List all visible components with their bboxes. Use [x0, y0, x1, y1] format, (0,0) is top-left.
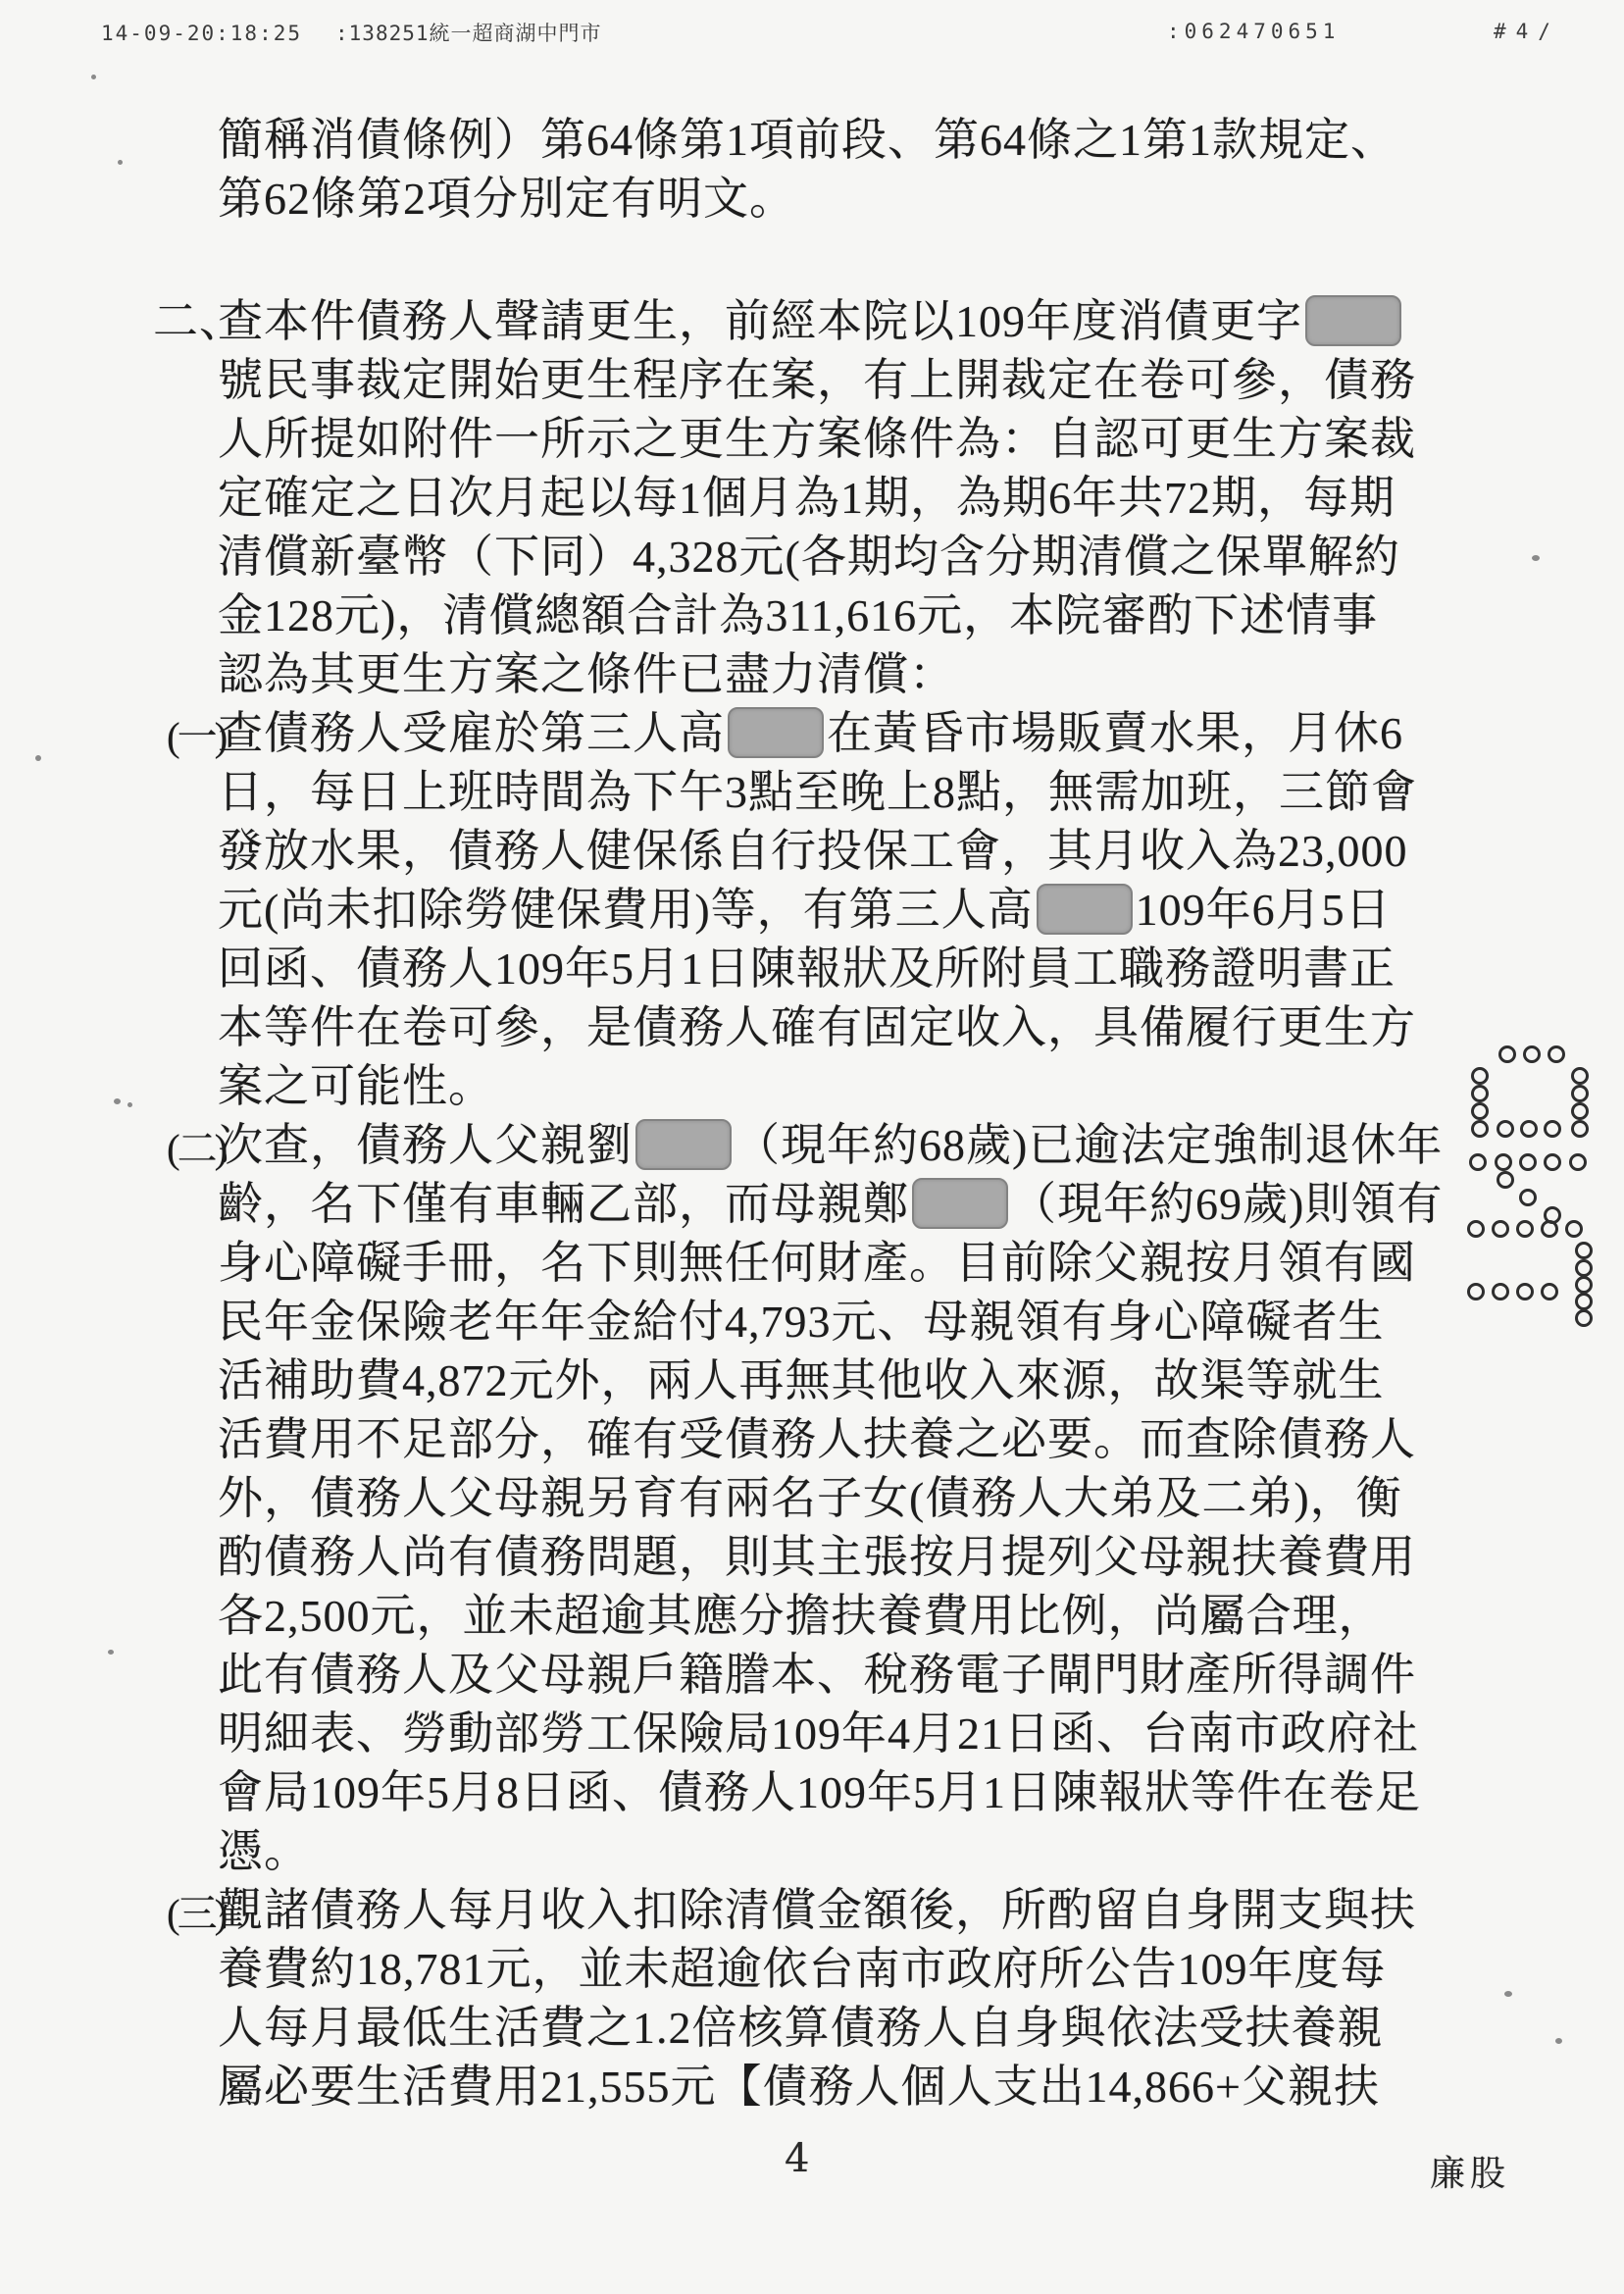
- court-division-label: 廉股: [1430, 2146, 1510, 2196]
- text-line: 人所提如附件一所示之更生方案條件為：自認可更生方案裁: [218, 412, 1416, 467]
- text-line: 認為其更生方案之條件已盡力清償：: [218, 647, 955, 702]
- text-line: 此有債務人及父母親戶籍謄本、稅務電子閘門財產所得調件: [218, 1648, 1416, 1703]
- line-text: 案之可能性。: [218, 1061, 494, 1111]
- list-marker: 二、: [153, 294, 245, 349]
- line-text: 人所提如附件一所示之更生方案條件為：自認可更生方案裁: [218, 414, 1416, 464]
- line-text: 身心障礙手冊，名下則無任何財產。目前除父親按月領有國: [218, 1238, 1416, 1288]
- line-text: 認為其更生方案之條件已盡力清償：: [218, 649, 955, 699]
- text-line: 屬必要生活費用21,555元【債務人個人支出14,866+父親扶: [218, 2060, 1380, 2115]
- line-text: 活費用不足部分，確有受債務人扶養之必要。而查除債務人: [218, 1414, 1416, 1464]
- text-line: (三)觀諸債務人每月收入扣除清償金額後，所酌留自身開支與扶: [218, 1883, 1416, 1938]
- fax-page-counter: #4/: [1494, 20, 1560, 43]
- page-number: 4: [785, 2136, 809, 2181]
- text-line: (二)次查，債務人父親劉（現年約68歲)已逾法定強制退休年: [218, 1118, 1443, 1173]
- line-text: 觀諸債務人每月收入扣除清償金額後，所酌留自身開支與扶: [218, 1885, 1416, 1935]
- text-line: 號民事裁定開始更生程序在案，有上開裁定在卷可參，債務: [218, 353, 1416, 408]
- line-text: 次查，債務人父親劉: [218, 1120, 633, 1170]
- list-marker: (三): [167, 1886, 225, 1941]
- text-line: 各2,500元，並未超逾其應分擔扶養費用比例，尚屬合理，: [218, 1589, 1385, 1644]
- text-line: 案之可能性。: [218, 1059, 494, 1114]
- text-line: 酌債務人尚有債務問題，則其主張按月提列父母親扶養費用: [218, 1530, 1416, 1585]
- scanned-court-document-page: 14-09-20:18:25:138251統一超商湖中門市 :062470651…: [0, 0, 1624, 2294]
- line-text: （現年約69歲)則領有: [1011, 1179, 1443, 1229]
- line-text: 本等件在卷可參，是債務人確有固定收入，具備履行更生方: [218, 1002, 1416, 1052]
- redaction-box: [635, 1119, 732, 1170]
- text-line: 簡稱消債條例）第64條第1項前段、第64條之1第1款規定、: [218, 113, 1396, 168]
- line-text: 明細表、勞動部勞工保險局109年4月21日函、台南市政府社: [218, 1708, 1419, 1759]
- text-line: 活補助費4,872元外，兩人再無其他收入來源，故渠等就生: [218, 1353, 1385, 1408]
- fax-page-hash: #: [1494, 20, 1516, 43]
- fax-page-value: 4/: [1516, 20, 1560, 43]
- line-text: 第62條第2項分別定有明文。: [218, 174, 795, 224]
- text-line: 第62條第2項分別定有明文。: [218, 172, 795, 227]
- redaction-box: [912, 1178, 1008, 1229]
- text-line: 金128元)，清償總額合計為311,616元，本院審酌下述情事: [218, 588, 1378, 643]
- text-line: 回函、債務人109年5月1日陳報狀及所附員工職務證明書正: [218, 942, 1396, 996]
- line-text: 金128元)，清償總額合計為311,616元，本院審酌下述情事: [218, 590, 1378, 640]
- text-line: 本等件在卷可參，是債務人確有固定收入，具備履行更生方: [218, 1000, 1416, 1055]
- text-line: 外，債務人父母親另育有兩名子女(債務人大弟及二弟)，衡: [218, 1471, 1402, 1526]
- text-line: 養費約18,781元，並未超逾依台南市政府所公告109年度每: [218, 1942, 1387, 1997]
- line-text: 養費約18,781元，並未超逾依台南市政府所公告109年度每: [218, 1944, 1387, 1994]
- fax-timestamp: 14-09-20:18:25: [101, 22, 302, 45]
- line-text: 此有債務人及父母親戶籍謄本、稅務電子閘門財產所得調件: [218, 1650, 1416, 1700]
- line-text: 定確定之日次月起以每1個月為1期，為期6年共72期，每期: [218, 473, 1396, 523]
- list-marker: (一): [167, 709, 225, 764]
- line-text: 號民事裁定開始更生程序在案，有上開裁定在卷可參，債務: [218, 355, 1416, 405]
- line-text: 在黃昏市場販賣水果，月休6: [827, 708, 1403, 758]
- redaction-box: [1305, 295, 1401, 346]
- text-line: 清償新臺幣（下同）4,328元(各期均含分期清償之保單解約: [218, 530, 1400, 585]
- fax-id: :062470651: [1167, 20, 1340, 43]
- line-text: 活補助費4,872元外，兩人再無其他收入來源，故渠等就生: [218, 1355, 1385, 1405]
- text-line: 二、查本件債務人聲請更生，前經本院以109年度消債更字: [218, 294, 1404, 349]
- line-text: 查債務人受雇於第三人高: [218, 708, 725, 758]
- text-line: 人每月最低生活費之1.2倍核算債務人自身與依法受扶養親: [218, 2001, 1384, 2056]
- text-line: 發放水果，債務人健保係自行投保工會，其月收入為23,000: [218, 824, 1408, 879]
- line-text: （現年約68歲)已逾法定強制退休年: [735, 1120, 1443, 1170]
- fax-station: :138251統一超商湖中門市: [335, 22, 602, 45]
- text-line: 會局109年5月8日函、債務人109年5月1日陳報狀等件在卷足: [218, 1765, 1421, 1820]
- line-text: 齡，名下僅有車輛乙部，而母親鄭: [218, 1179, 909, 1229]
- line-text: 人每月最低生活費之1.2倍核算債務人自身與依法受扶養親: [218, 2003, 1384, 2053]
- list-marker: (二): [167, 1121, 225, 1176]
- line-text: 查本件債務人聲請更生，前經本院以109年度消債更字: [218, 296, 1302, 346]
- line-text: 各2,500元，並未超逾其應分擔扶養費用比例，尚屬合理，: [218, 1591, 1385, 1641]
- line-text: 酌債務人尚有債務問題，則其主張按月提列父母親扶養費用: [218, 1532, 1416, 1582]
- text-line: 活費用不足部分，確有受債務人扶養之必要。而查除債務人: [218, 1412, 1416, 1467]
- line-text: 憑。: [218, 1826, 310, 1876]
- redaction-box: [1037, 884, 1133, 935]
- text-line: 齡，名下僅有車輛乙部，而母親鄭（現年約69歲)則領有: [218, 1177, 1443, 1232]
- text-line: 身心障礙手冊，名下則無任何財產。目前除父親按月領有國: [218, 1236, 1416, 1291]
- text-line: 定確定之日次月起以每1個月為1期，為期6年共72期，每期: [218, 471, 1396, 526]
- line-text: 簡稱消債條例）第64條第1項前段、第64條之1第1款規定、: [218, 115, 1396, 165]
- line-text: 日，每日上班時間為下午3點至晚上8點，無需加班，三節會: [218, 767, 1417, 817]
- line-text: 109年6月5日: [1136, 885, 1392, 935]
- text-line: 明細表、勞動部勞工保險局109年4月21日函、台南市政府社: [218, 1707, 1419, 1761]
- line-text: 屬必要生活費用21,555元【債務人個人支出14,866+父親扶: [218, 2062, 1380, 2112]
- line-text: 會局109年5月8日函、債務人109年5月1日陳報狀等件在卷足: [218, 1767, 1421, 1817]
- text-line: 日，每日上班時間為下午3點至晚上8點，無需加班，三節會: [218, 765, 1417, 820]
- line-text: 發放水果，債務人健保係自行投保工會，其月收入為23,000: [218, 826, 1408, 876]
- text-line: 憑。: [218, 1824, 310, 1879]
- text-line: (一)查債務人受雇於第三人高在黃昏市場販賣水果，月休6: [218, 706, 1403, 761]
- fax-header: 14-09-20:18:25:138251統一超商湖中門市 :062470651…: [0, 14, 1624, 59]
- line-text: 民年金保險老年年金給付4,793元、母親領有身心障礙者生: [218, 1297, 1385, 1347]
- line-text: 回函、債務人109年5月1日陳報狀及所附員工職務證明書正: [218, 943, 1396, 994]
- line-text: 元(尚未扣除勞健保費用)等，有第三人高: [218, 885, 1034, 935]
- fax-timestamp-station: 14-09-20:18:25:138251統一超商湖中門市: [101, 18, 602, 47]
- redaction-box: [728, 707, 824, 758]
- line-text: 外，債務人父母親另育有兩名子女(債務人大弟及二弟)，衡: [218, 1473, 1402, 1523]
- text-line: 民年金保險老年年金給付4,793元、母親領有身心障礙者生: [218, 1295, 1385, 1350]
- line-text: 清償新臺幣（下同）4,328元(各期均含分期清償之保單解約: [218, 532, 1400, 582]
- text-line: 元(尚未扣除勞健保費用)等，有第三人高109年6月5日: [218, 883, 1392, 938]
